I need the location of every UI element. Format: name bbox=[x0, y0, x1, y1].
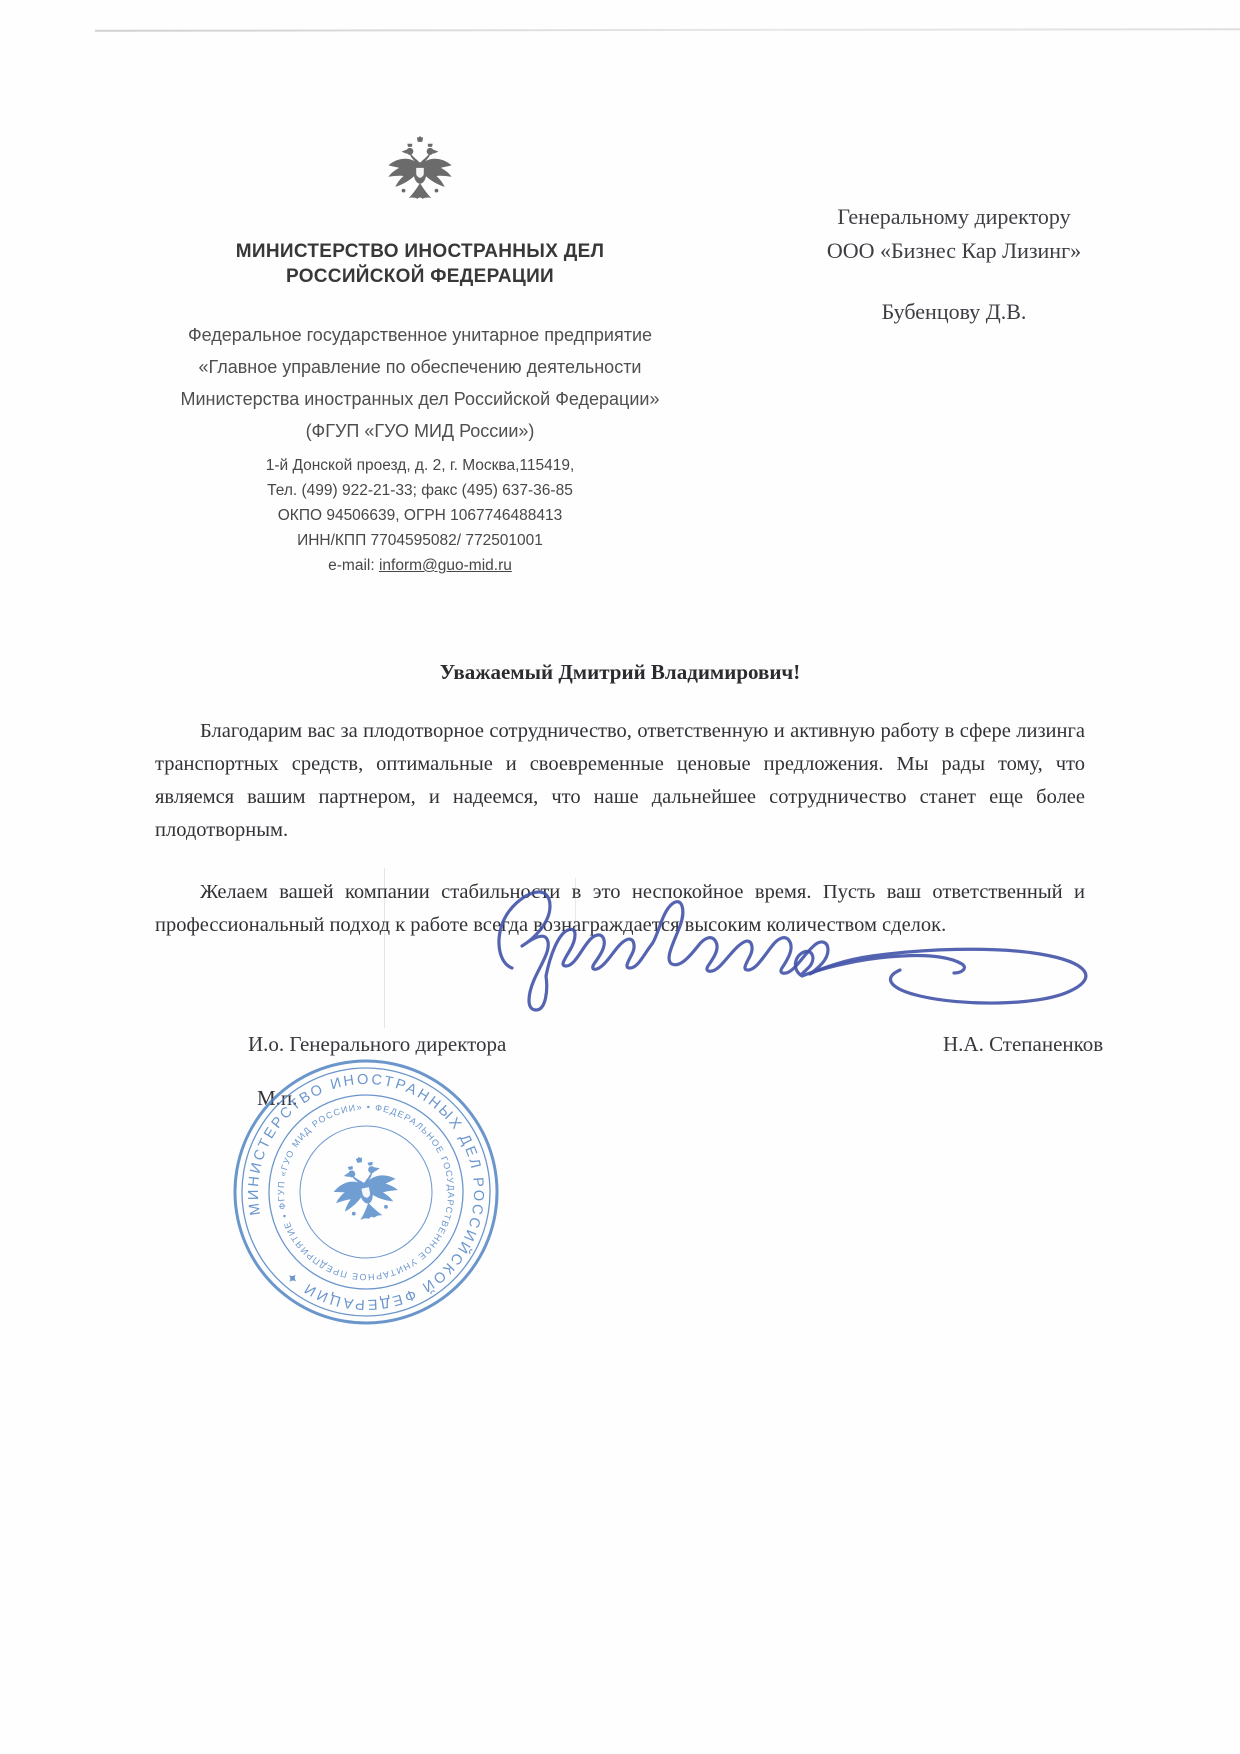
signature-name: Н.А. Степаненков bbox=[943, 1032, 1103, 1057]
okpo-ogrn-line: ОКПО 94506639, ОГРН 1067746488413 bbox=[150, 503, 690, 528]
salutation: Уважаемый Дмитрий Владимирович! bbox=[155, 660, 1085, 685]
stamp-place-note: М.п. bbox=[257, 1086, 297, 1111]
stamp-eagle-icon bbox=[328, 1150, 403, 1224]
inn-kpp-line: ИНН/КПП 7704595082/ 772501001 bbox=[150, 528, 690, 553]
official-stamp: МИНИСТЕРСТВО ИНОСТРАННЫХ ДЕЛ РОССИЙСКОЙ … bbox=[200, 1026, 532, 1358]
russia-coat-of-arms-icon bbox=[382, 136, 458, 206]
signature-title: И.о. Генерального директора bbox=[248, 1032, 506, 1057]
letterhead: МИНИСТЕРСТВО ИНОСТРАННЫХ ДЕЛ РОССИЙСКОЙ … bbox=[150, 136, 690, 578]
body-paragraph-1: Благодарим вас за плодотворное сотруднич… bbox=[155, 715, 1085, 847]
body-paragraph-2: Желаем вашей компании стабильности в это… bbox=[155, 876, 1085, 942]
email-label: e-mail: bbox=[328, 557, 379, 574]
letter-body: Уважаемый Дмитрий Владимирович! Благодар… bbox=[155, 660, 1085, 971]
ministry-name-line2: РОССИЙСКОЙ ФЕДЕРАЦИИ bbox=[150, 264, 690, 289]
recipient-name: Бубенцову Д.В. bbox=[808, 295, 1100, 329]
recipient-company: ООО «Бизнес Кар Лизинг» bbox=[808, 234, 1100, 268]
stamp-inner-ring-text: ФГУП «ГУО МИД РОССИИ» • ФЕДЕРАЛЬНОЕ ГОСУ… bbox=[259, 1085, 473, 1299]
contact-block: 1-й Донской проезд, д. 2, г. Москва,1154… bbox=[150, 453, 690, 578]
recipient-block: Генеральному директору ООО «Бизнес Кар Л… bbox=[808, 200, 1100, 329]
scan-artifact-line bbox=[95, 28, 1240, 32]
org-line1: Федеральное государственное унитарное пр… bbox=[150, 319, 690, 351]
scanned-letter-page: МИНИСТЕРСТВО ИНОСТРАННЫХ ДЕЛ РОССИЙСКОЙ … bbox=[0, 0, 1240, 1754]
ministry-name-line1: МИНИСТЕРСТВО ИНОСТРАННЫХ ДЕЛ bbox=[150, 239, 690, 264]
email-line: e-mail: inform@guo-mid.ru bbox=[150, 553, 690, 578]
email-address: inform@guo-mid.ru bbox=[379, 557, 512, 574]
ministry-name: МИНИСТЕРСТВО ИНОСТРАННЫХ ДЕЛ РОССИЙСКОЙ … bbox=[150, 239, 690, 289]
org-line4: (ФГУП «ГУО МИД России») bbox=[150, 415, 690, 447]
org-line2: «Главное управление по обеспечению деяте… bbox=[150, 351, 690, 383]
recipient-title: Генеральному директору bbox=[808, 200, 1100, 234]
address-line: 1-й Донской проезд, д. 2, г. Москва,1154… bbox=[150, 453, 690, 478]
phone-fax-line: Тел. (499) 922-21-33; факс (495) 637-36-… bbox=[150, 478, 690, 503]
org-line3: Министерства иностранных дел Российской … bbox=[150, 383, 690, 415]
organization-name: Федеральное государственное унитарное пр… bbox=[150, 319, 690, 447]
